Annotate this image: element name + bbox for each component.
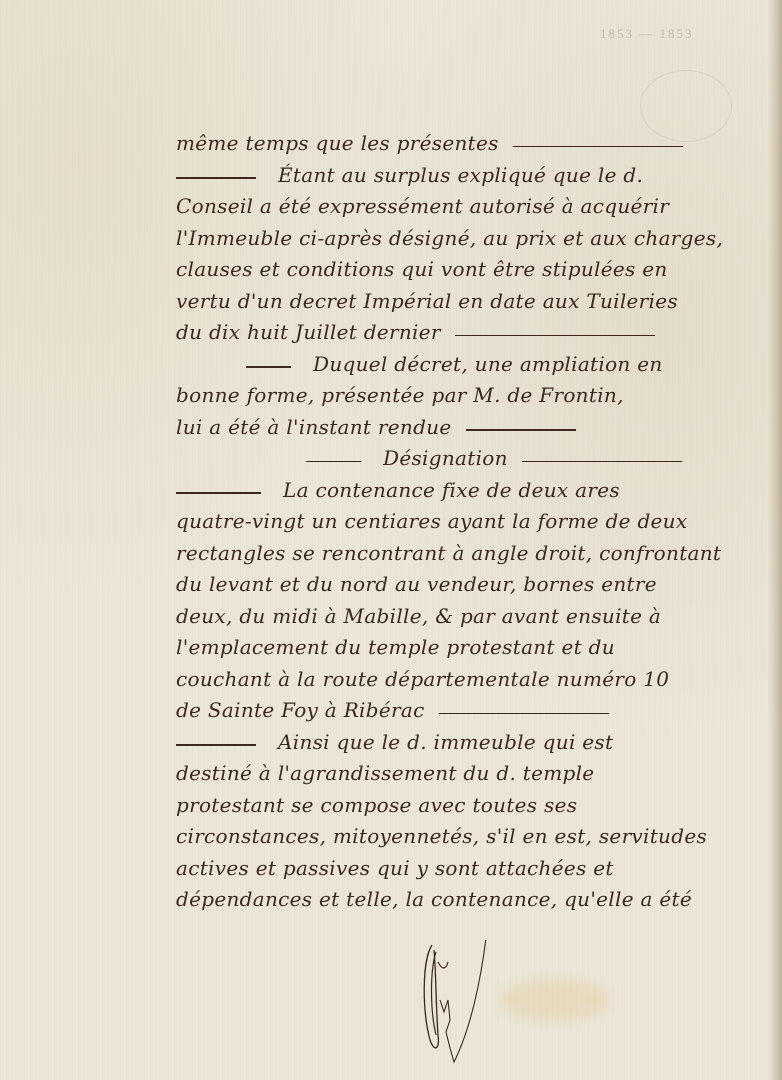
text-line: de Sainte Foy à Ribérac bbox=[176, 695, 776, 727]
line-text: lui a été à l'instant rendue bbox=[176, 415, 452, 439]
line-dash bbox=[176, 492, 261, 494]
line-text: Étant au surplus expliqué que le d. bbox=[278, 163, 643, 187]
text-line: du levant et du nord au vendeur, bornes … bbox=[176, 569, 776, 601]
text-line: clauses et conditions qui vont être stip… bbox=[176, 254, 776, 286]
line-text: clauses et conditions qui vont être stip… bbox=[176, 257, 668, 281]
line-dash bbox=[246, 366, 291, 368]
text-line: Étant au surplus expliqué que le d. bbox=[176, 160, 776, 192]
faint-header-text: 1853 — 1853 bbox=[600, 26, 694, 42]
line-text: quatre-vingt un centiares ayant la forme… bbox=[176, 509, 687, 533]
text-line: du dix huit Juillet dernier bbox=[176, 317, 776, 349]
line-text: de Sainte Foy à Ribérac bbox=[176, 698, 425, 722]
text-line: Conseil a été expressément autorisé à ac… bbox=[176, 191, 776, 223]
paraph-signature-icon bbox=[420, 940, 540, 1080]
line-text: bonne forme, présentée par M. de Frontin… bbox=[176, 383, 624, 407]
section-heading-designation: Désignation bbox=[176, 443, 776, 475]
line-text: Conseil a été expressément autorisé à ac… bbox=[176, 194, 669, 218]
line-dash bbox=[522, 461, 682, 463]
line-dash bbox=[513, 146, 683, 148]
line-dash bbox=[455, 335, 655, 337]
line-text: protestant se compose avec toutes ses bbox=[176, 793, 577, 817]
text-line: Duquel décret, une ampliation en bbox=[176, 349, 776, 381]
text-line: l'Immeuble ci-après désigné, au prix et … bbox=[176, 223, 776, 255]
text-line: même temps que les présentes bbox=[176, 128, 776, 160]
text-line: dépendances et telle, la contenance, qu'… bbox=[176, 884, 776, 916]
line-text: rectangles se rencontrant à angle droit,… bbox=[176, 541, 721, 565]
text-line: destiné à l'agrandissement du d. temple bbox=[176, 758, 776, 790]
line-text: circonstances, mitoyennetés, s'il en est… bbox=[176, 824, 707, 848]
text-line: couchant à la route départementale numér… bbox=[176, 664, 776, 696]
line-text: même temps que les présentes bbox=[176, 131, 499, 155]
handwritten-text-block: même temps que les présentes Étant au su… bbox=[176, 128, 776, 916]
text-line: circonstances, mitoyennetés, s'il en est… bbox=[176, 821, 776, 853]
text-line: La contenance fixe de deux ares bbox=[176, 475, 776, 507]
text-line: quatre-vingt un centiares ayant la forme… bbox=[176, 506, 776, 538]
line-text: vertu d'un decret Impérial en date aux T… bbox=[176, 289, 678, 313]
text-line: Ainsi que le d. immeuble qui est bbox=[176, 727, 776, 759]
manuscript-page: 1853 — 1853 même temps que les présentes… bbox=[0, 0, 782, 1080]
line-text: l'Immeuble ci-après désigné, au prix et … bbox=[176, 226, 723, 250]
text-line: actives et passives qui y sont attachées… bbox=[176, 853, 776, 885]
text-line: lui a été à l'instant rendue bbox=[176, 412, 776, 444]
text-line: rectangles se rencontrant à angle droit,… bbox=[176, 538, 776, 570]
line-text: Ainsi que le d. immeuble qui est bbox=[278, 730, 613, 754]
text-line: l'emplacement du temple protestant et du bbox=[176, 632, 776, 664]
text-line: bonne forme, présentée par M. de Frontin… bbox=[176, 380, 776, 412]
text-line: protestant se compose avec toutes ses bbox=[176, 790, 776, 822]
line-dash bbox=[176, 744, 256, 746]
line-text: l'emplacement du temple protestant et du bbox=[176, 635, 615, 659]
line-dash bbox=[306, 461, 361, 463]
line-text: Duquel décret, une ampliation en bbox=[313, 352, 663, 376]
line-text: actives et passives qui y sont attachées… bbox=[176, 856, 614, 880]
line-text: dépendances et telle, la contenance, qu'… bbox=[176, 887, 692, 911]
text-line: vertu d'un decret Impérial en date aux T… bbox=[176, 286, 776, 318]
line-text: du dix huit Juillet dernier bbox=[176, 320, 441, 344]
line-text: destiné à l'agrandissement du d. temple bbox=[176, 761, 594, 785]
line-text: du levant et du nord au vendeur, bornes … bbox=[176, 572, 657, 596]
line-text: La contenance fixe de deux ares bbox=[283, 478, 620, 502]
line-dash bbox=[176, 177, 256, 179]
line-dash bbox=[439, 713, 609, 715]
text-line: deux, du midi à Mabille, & par avant ens… bbox=[176, 601, 776, 633]
line-text: couchant à la route départementale numér… bbox=[176, 667, 669, 691]
line-text: deux, du midi à Mabille, & par avant ens… bbox=[176, 604, 661, 628]
line-dash bbox=[466, 429, 576, 431]
line-text: Désignation bbox=[383, 446, 508, 470]
